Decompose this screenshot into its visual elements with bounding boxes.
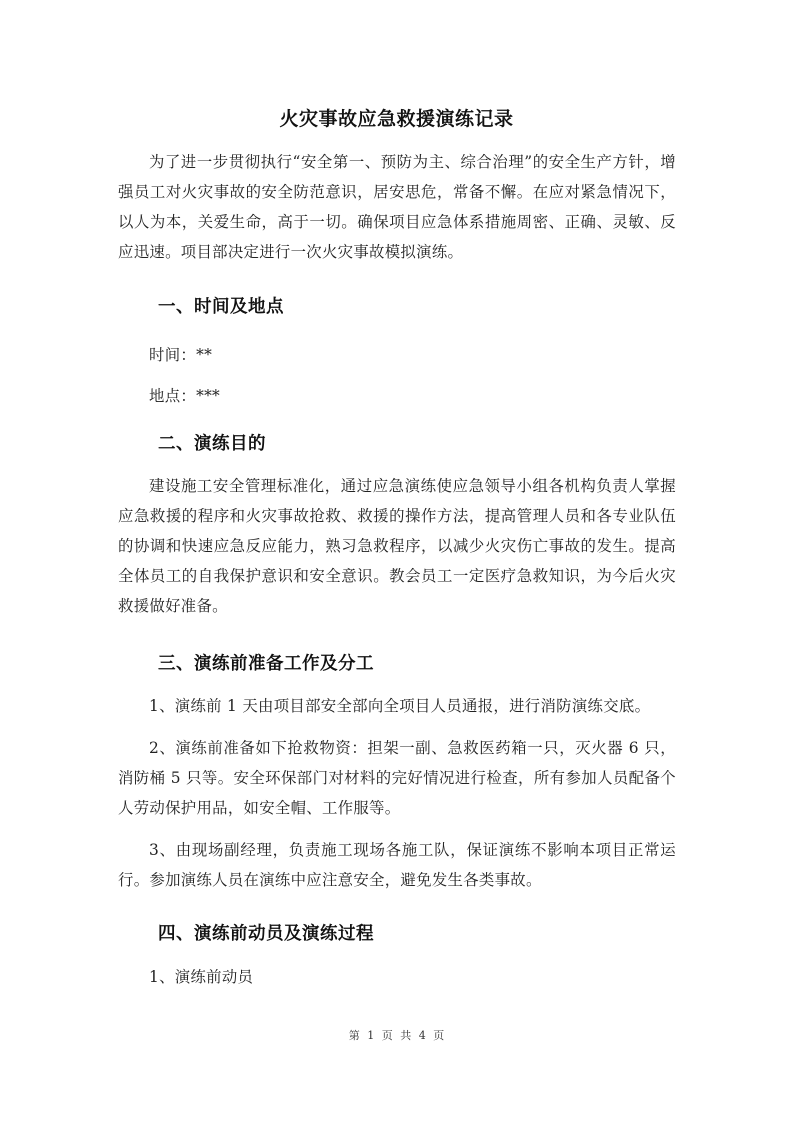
preparation-item-2: 2、演练前准备如下抢救物资：担架一副、急救医药箱一只，灭火器 6 只，消防桶 5… [118, 733, 676, 823]
document-title: 火灾事故应急救援演练记录 [0, 104, 793, 131]
preparation-item-3: 3、由现场副经理，负责施工现场各施工队，保证演练不影响本项目正常运行。参加演练人… [118, 835, 676, 895]
section-heading-mobilization: 四、演练前动员及演练过程 [158, 920, 374, 945]
purpose-paragraph: 建设施工安全管理标准化，通过应急演练使应急领导小组各机构负责人掌握应急救援的程序… [118, 471, 676, 621]
document-page: 火灾事故应急救援演练记录 为了进一步贯彻执行“安全第一、预防为主、综合治理”的安… [0, 0, 793, 1122]
intro-paragraph: 为了进一步贯彻执行“安全第一、预防为主、综合治理”的安全生产方针，增强员工对火灾… [118, 147, 676, 267]
section-heading-time-location: 一、时间及地点 [158, 293, 284, 318]
page-footer: 第 1 页 共 4 页 [0, 1027, 793, 1043]
section-heading-preparation: 三、演练前准备工作及分工 [158, 650, 374, 675]
section-heading-purpose: 二、演练目的 [158, 430, 266, 455]
preparation-item-1: 1、演练前 1 天由项目部安全部向全项目人员通报，进行消防演练交底。 [118, 691, 676, 721]
location-line: 地点：*** [149, 384, 220, 406]
time-line: 时间：** [149, 343, 212, 365]
mobilization-item-1: 1、演练前动员 [118, 962, 676, 992]
